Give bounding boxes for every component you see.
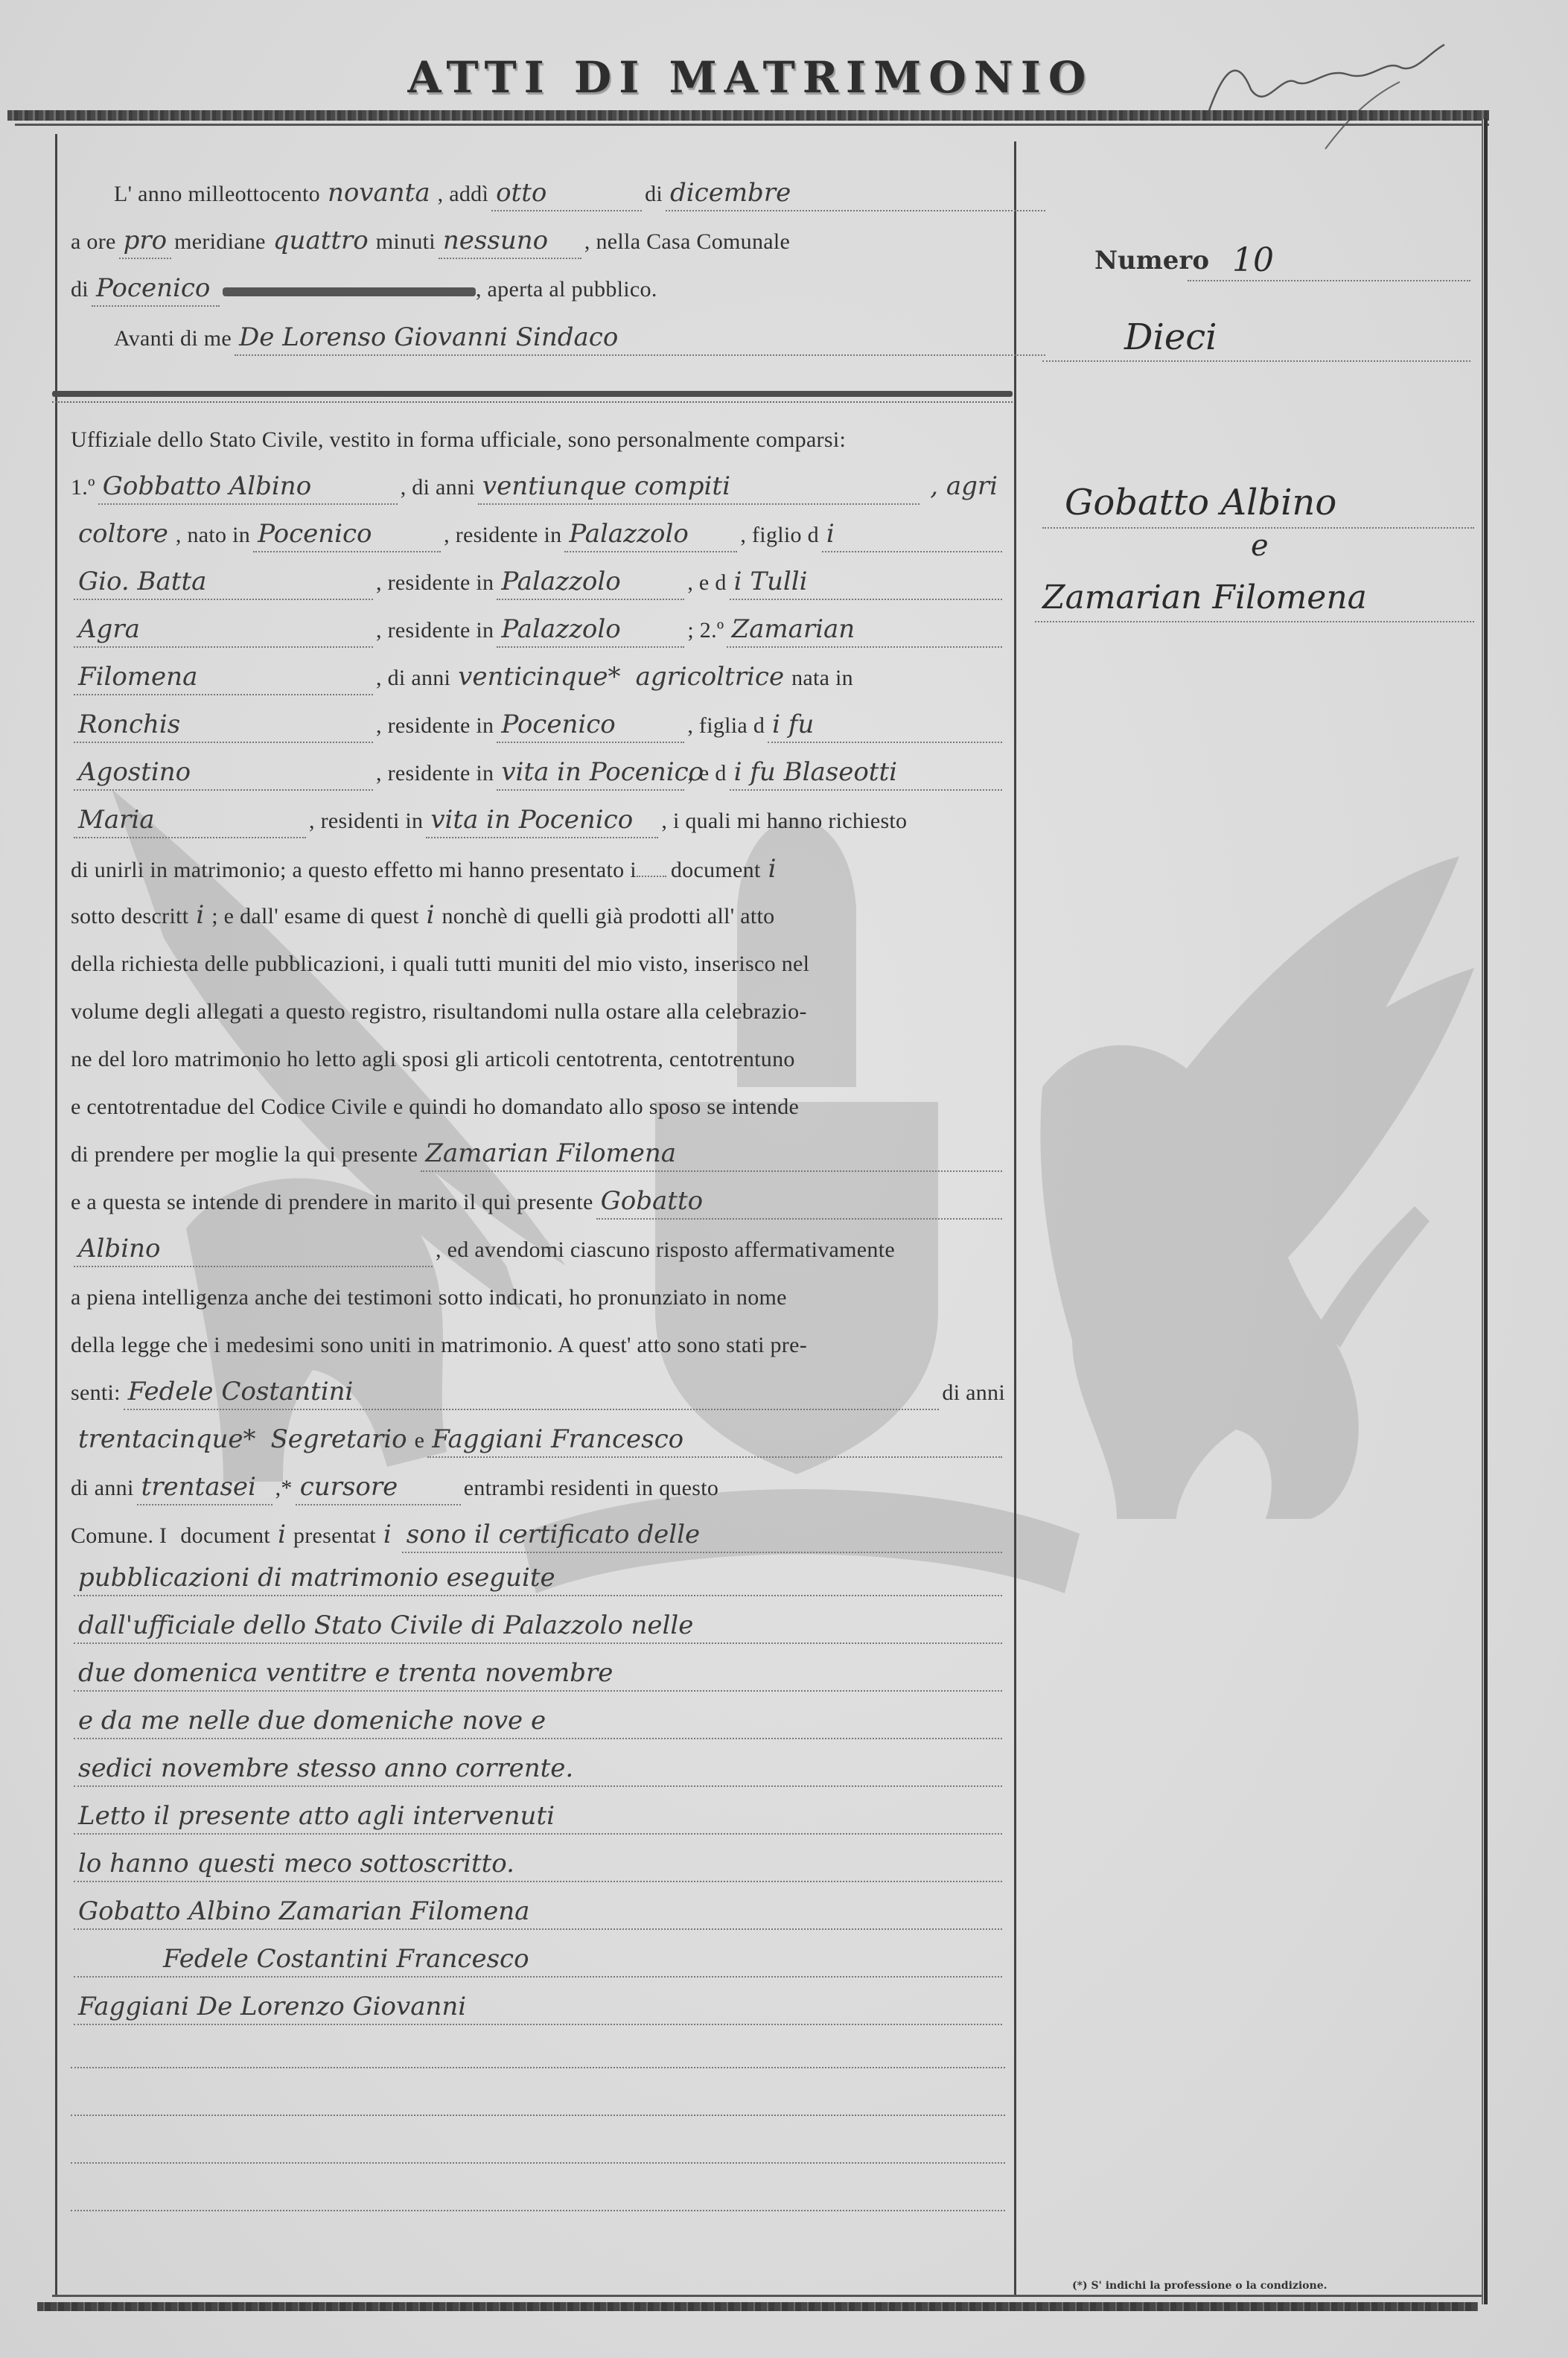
groom-consent-cont[interactable]: Albino [74,1231,433,1267]
line-sotto-descritti: sotto descritt i ; e dall' esame di ques… [71,893,1005,940]
groom-mother-field[interactable]: i Tulli [730,564,1002,600]
month-field[interactable]: dicembre [666,176,1045,211]
line-legge: della legge che i medesimi sono uniti in… [71,1322,1005,1368]
hours-field[interactable]: quattro [269,223,373,258]
desc-line[interactable]: pubblicazioni di matrimonio eseguite [74,1561,1002,1596]
blank-line[interactable] [71,2132,1005,2164]
line-blank-4 [71,2180,1005,2226]
groom-profession-field[interactable]: , agri [925,469,1002,503]
left-border [55,134,57,2297]
line-witness1: senti: Fedele Costantini di anni [71,1370,1005,1416]
line-witness2-age: di anni trentasei ,* cursore entrambi re… [71,1465,1005,1511]
line-affermativamente: Albino , ed avendomi ciascuno risposto a… [71,1227,1005,1273]
bride-name-field[interactable]: Filomena [74,660,373,695]
presentati-suffix[interactable]: i [379,1517,396,1552]
documents-description[interactable]: sono il certificato delle [402,1517,1002,1553]
line-witness2: trentacinque* Segretario e Faggiani Fran… [71,1418,1005,1464]
witness1-age-field[interactable]: trentacinque* [74,1422,260,1456]
bottom-border-thin-rule [52,2295,1482,2297]
bride-surname-field[interactable]: Zamarian [727,612,1002,648]
groom-mother-residence[interactable]: Palazzolo [497,612,684,648]
desc-line[interactable]: Letto il presente atto agli intervenuti [74,1799,1002,1835]
line-groom-father: Gio. Batta , residente in Palazzolo , e … [71,560,1005,606]
top-border-rule [7,110,1489,121]
line-bride-father: Agostino , residente in vita in Pocenico… [71,751,1005,797]
line-signatures-1: Gobatto Albino Zamarian Filomena [71,1894,1005,1940]
groom-name-field[interactable]: Gobbatto Albino [98,469,398,505]
line-bride-mother: Maria , residenti in vita in Pocenico , … [71,798,1005,844]
line-articoli: ne del loro matrimonio ho letto agli spo… [71,1036,1005,1083]
groom-figlio-suffix[interactable]: i [822,517,1002,552]
groom-consent-field[interactable]: Gobatto [596,1184,1002,1220]
year-field[interactable]: novanta [323,176,435,210]
groom-birthplace-field[interactable]: Pocenico [253,517,441,552]
witness2-profession-field[interactable]: cursore [296,1470,461,1505]
line-documents: di unirli in matrimonio; a questo effett… [71,846,1005,892]
act-number-field[interactable]: 10 [1188,240,1470,281]
comune-doc-suffix[interactable]: i [273,1517,290,1552]
minutes-field[interactable]: nessuno [439,223,581,259]
descritti-suffix[interactable]: i [191,898,208,932]
bride-profession-field[interactable]: agricoltrice [631,660,789,694]
dotted-fill [637,846,666,877]
line-signatures-2: Fedele Costantini Francesco [71,1942,1005,1988]
officer-signatures[interactable]: Faggiani De Lorenzo Giovanni [74,1989,1002,2025]
blank-line[interactable] [71,2085,1005,2116]
bride-father-prefix[interactable]: i fu [768,707,1002,743]
line-blank-1 [71,2037,1005,2083]
bride-father-field[interactable]: Agostino [74,755,373,791]
line-groom-mother: Agra , residente in Palazzolo ; 2.º Zama… [71,608,1005,654]
line-desc-4: e da me nelle due domeniche nove e [71,1704,1005,1750]
witness1-name-field[interactable]: Fedele Costantini [124,1374,940,1410]
line-bride-birth: Ronchis , residente in Pocenico , figlia… [71,703,1005,749]
line-volume: volume degli allegati a questo registro,… [71,989,1005,1035]
line-desc-7: lo hanno questi meco sottoscritto. [71,1846,1005,1893]
header-separator-dotted [52,400,1013,403]
day-field[interactable]: otto [491,176,642,211]
groom-residence-field[interactable]: Palazzolo [564,517,737,552]
footnote: (*) S' indichi la professione o la condi… [1072,2280,1327,2292]
right-border [1482,119,1488,2304]
line-time: a ore pro meridiane quattro minuti nessu… [71,219,1005,265]
spouses-signatures[interactable]: Gobatto Albino Zamarian Filomena [74,1894,1002,1930]
line-desc-5: sedici novembre stesso anno corrente. [71,1751,1005,1797]
line-bride: Filomena , di anni venticinque* agricolt… [71,655,1005,701]
officer-field[interactable]: De Lorenso Giovanni Sindaco [235,320,1045,356]
bride-age-field[interactable]: venticinque* [453,660,625,694]
bride-residence-field[interactable]: Pocenico [497,707,684,743]
witnesses-signatures[interactable]: Fedele Costantini Francesco [74,1942,1002,1978]
line-comune-docs: Comune. I document i presentat i sono il… [71,1513,1005,1559]
line-comune: di Pocenico , aperta al pubblico. [71,267,1005,313]
blank-line[interactable] [71,2180,1005,2211]
bride-mother-residence[interactable]: vita in Pocenico [426,803,658,838]
line-groom-birth: coltore , nato in Pocenico , residente i… [71,512,1005,558]
line-officer: Avanti di me De Lorenso Giovanni Sindaco [71,316,1048,362]
questi-suffix[interactable]: i [422,898,439,932]
line-year-date: L' anno milleottocento novanta , addì ot… [71,171,1048,217]
groom-father-residence[interactable]: Palazzolo [497,564,684,600]
line-blank-2 [71,2085,1005,2131]
line-moglie: di prendere per moglie la qui presente Z… [71,1132,1005,1178]
line-blank-3 [71,2132,1005,2179]
line-groom: 1.º Gobbatto Albino , di anni ventiunque… [71,465,1005,511]
line-codice: e centotrentadue del Codice Civile e qui… [71,1084,1005,1130]
bottom-border-rule [37,2302,1478,2311]
margin-groom-field[interactable]: Gobatto Albino [1042,477,1474,529]
margin-bride-field[interactable]: Zamarian Filomena [1035,573,1474,622]
line-desc-1: pubblicazioni di matrimonio eseguite [71,1561,1005,1607]
bride-birthplace-field[interactable]: Ronchis [74,707,373,743]
hour-period-field[interactable]: pro [119,223,172,259]
line-desc-2: dall'ufficiale dello Stato Civile di Pal… [71,1608,1005,1654]
act-number-words-field[interactable]: Dieci [1042,313,1470,362]
witness2-age-field[interactable]: trentasei [137,1470,273,1505]
column-divider [1014,141,1016,2297]
groom-father-field[interactable]: Gio. Batta [74,564,373,600]
line-signatures-3: Faggiani De Lorenzo Giovanni [71,1989,1005,2036]
desc-line[interactable]: lo hanno questi meco sottoscritto. [74,1846,1002,1882]
header-separator [52,391,1013,397]
strikethrough-mark [223,287,476,296]
line-ufficiale: Uffiziale dello Stato Civile, vestito in… [71,417,1005,463]
blank-line[interactable] [71,2037,1005,2068]
groom-profession-cont[interactable]: coltore [74,517,173,551]
line-intelligenza: a piena intelligenza anche dei testimoni… [71,1275,1005,1321]
bride-mother-field[interactable]: i fu Blaseotti [730,755,1002,791]
margin-conjunction: e [1251,529,1269,563]
bride-mother-cont[interactable]: Maria [74,803,306,838]
groom-age-field[interactable]: ventiunque compiti [478,469,920,505]
line-richiesta: della richiesta delle pubblicazioni, i q… [71,941,1005,987]
desc-line[interactable]: dall'ufficiale dello Stato Civile di Pal… [74,1608,1002,1644]
registrar-signature [1176,30,1459,156]
line-desc-6: Letto il presente atto agli intervenuti [71,1799,1005,1845]
desc-line[interactable]: due domenica ventitre e trenta novembre [74,1656,1002,1692]
comune-field[interactable]: Pocenico [92,271,220,307]
line-desc-3: due domenica ventitre e trenta novembre [71,1656,1005,1702]
bride-consent-field[interactable]: Zamarian Filomena [421,1136,1002,1172]
groom-mother-cont[interactable]: Agra [74,612,373,648]
bride-father-residence[interactable]: vita in Pocenico [497,755,684,791]
witness1-profession-field[interactable]: Segretario [266,1422,411,1456]
witness2-name-field[interactable]: Faggiani Francesco [427,1422,1002,1458]
desc-line[interactable]: sedici novembre stesso anno corrente. [74,1751,1002,1787]
desc-line[interactable]: e da me nelle due domeniche nove e [74,1704,1002,1739]
line-marito: e a questa se intende di prendere in mar… [71,1179,1005,1226]
document-suffix[interactable]: i [764,852,781,886]
top-border-thin-rule [15,124,1489,126]
